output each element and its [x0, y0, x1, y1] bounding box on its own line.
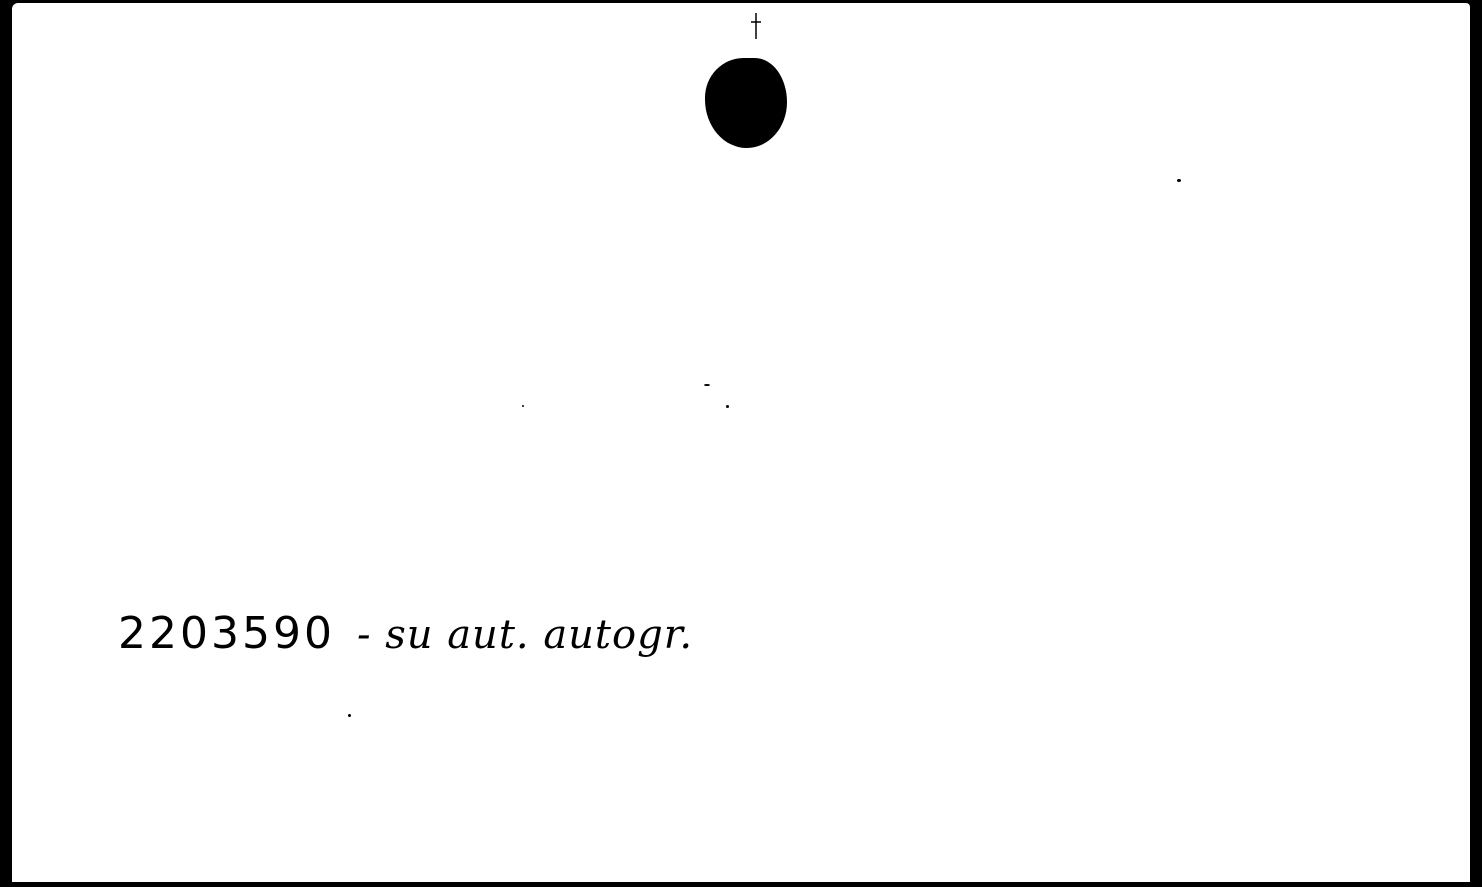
cross-mark-icon — [750, 13, 762, 41]
catalog-number: 2203590 — [118, 608, 335, 659]
index-card: 2203590 - su aut. autogr. — [12, 3, 1470, 882]
speck — [522, 405, 524, 407]
handwritten-annotation: - su aut. autogr. — [357, 612, 693, 658]
speck — [704, 384, 710, 386]
card-entry: 2203590 - su aut. autogr. — [118, 608, 693, 718]
speck — [1177, 179, 1181, 182]
speck — [726, 405, 729, 408]
punch-hole — [705, 58, 787, 148]
